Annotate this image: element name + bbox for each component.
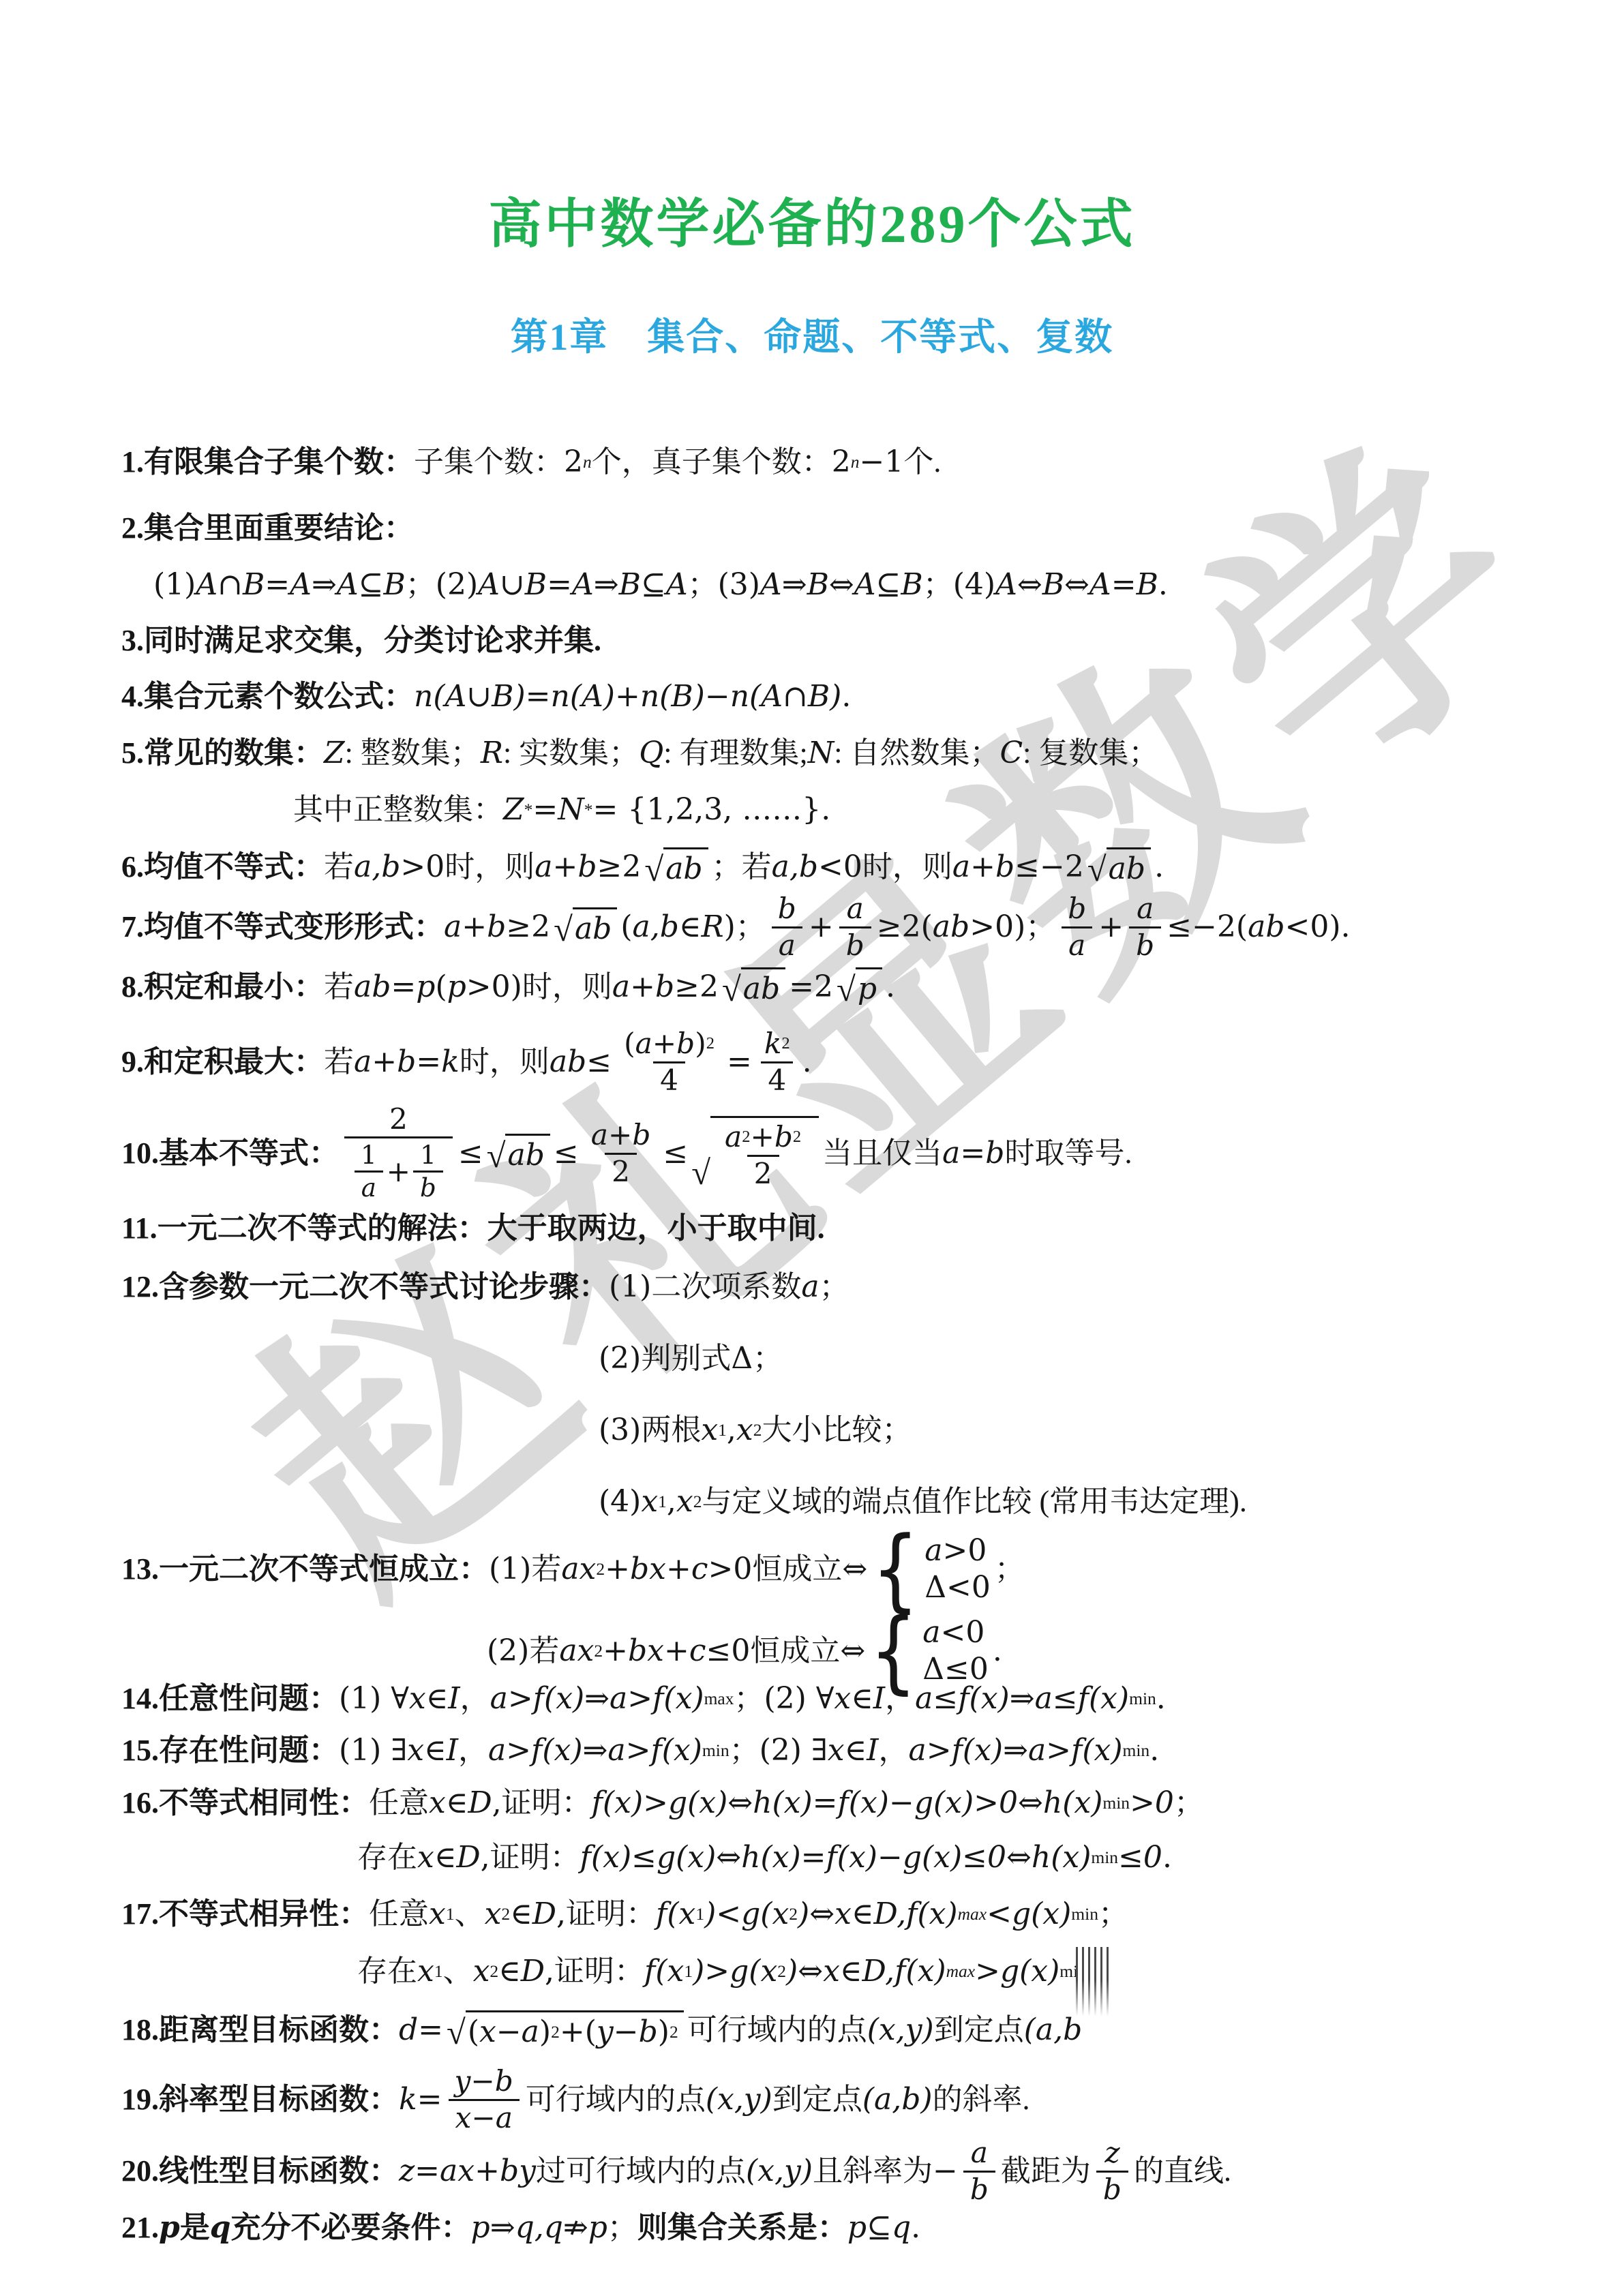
subscript: 1: [658, 1493, 667, 1511]
math-run: ⇔: [798, 1954, 823, 1990]
subscript: 2: [693, 1493, 702, 1511]
math-run: p: [159, 2210, 180, 2246]
text-run: 19.: [121, 2082, 159, 2118]
text-run: 2.: [121, 511, 144, 547]
math-run: x∈I: [407, 1733, 458, 1769]
math-run: (1): [153, 567, 196, 603]
math-run: a: [1137, 893, 1154, 924]
denominator: a: [1062, 926, 1092, 963]
radical-icon: √: [722, 972, 741, 1007]
fraction: (a+b)24: [617, 1027, 721, 1098]
numerator: k2: [757, 1027, 797, 1061]
math-run: ；: [1098, 1897, 1128, 1933]
math-run: 2: [564, 444, 583, 481]
denominator: x−a: [449, 2099, 520, 2135]
text-run: 任意性问题：: [159, 1681, 339, 1717]
radicand: ab: [573, 907, 617, 948]
text-run: 则集合关系是：: [637, 2210, 847, 2246]
cases-group: {a>0Δ<0: [871, 1535, 991, 1603]
math-run: ≤: [458, 1136, 483, 1172]
text-run: 恒成立: [752, 1552, 842, 1588]
math-run: +: [750, 1121, 774, 1153]
superscript: 2: [551, 2023, 560, 2041]
numerator: b: [1061, 892, 1093, 926]
math-run: (a,b: [1024, 2012, 1083, 2049]
text-run: 可行域内的点: [526, 2082, 706, 2118]
math-run: h(x): [1043, 1785, 1102, 1822]
text-run: 大于取两边，小于取中间.: [487, 1211, 825, 1247]
math-run: N: [558, 792, 584, 828]
math-run: b: [632, 1119, 650, 1151]
math-run: a: [444, 909, 462, 946]
math-run: =: [727, 1044, 752, 1081]
subscript: max: [946, 1963, 976, 1980]
math-run: =: [532, 792, 558, 828]
text-run: 13.: [121, 1552, 159, 1588]
text-run: 线性型目标函数：: [159, 2154, 399, 2190]
text-run: 、: [455, 1897, 485, 1933]
text-run: 不等式相异性：: [159, 1897, 369, 1933]
denominator: b: [963, 2171, 995, 2207]
math-run: y−b: [455, 2066, 513, 2097]
math-run: ab: [933, 909, 969, 946]
math-run: ab: [354, 969, 391, 1006]
fraction: k24: [757, 1027, 797, 1098]
text-run: 到定点: [934, 2012, 1024, 2049]
text-run: 可行域内的点: [687, 2012, 867, 2049]
text-run: 任意: [369, 1785, 429, 1822]
math-run: +(: [560, 2014, 597, 2051]
math-run: a: [971, 2137, 988, 2169]
math-run: ,: [492, 1785, 502, 1822]
math-run: −: [933, 2154, 958, 2190]
math-run: a,b: [354, 849, 400, 886]
text-run: : 实数集；: [503, 736, 639, 772]
text-run: 8.: [121, 969, 144, 1006]
radicand: ab: [505, 1134, 550, 1174]
math-run: )<g(x: [704, 1897, 789, 1933]
subscript: min: [1129, 1690, 1156, 1708]
text-run: 时取等号.: [1004, 1136, 1132, 1172]
math-run: .: [1162, 1840, 1172, 1876]
math-run: x∈D: [417, 1840, 481, 1876]
math-run: ,: [667, 1484, 676, 1520]
text-run: 6.: [121, 849, 144, 886]
math-run: <0).: [1285, 909, 1351, 946]
math-run: f(x)>g(x): [592, 1785, 728, 1822]
math-run: ；: [607, 2210, 637, 2246]
math-run: b: [487, 909, 506, 946]
math-run: N: [808, 736, 834, 772]
math-run: ，: [885, 1681, 915, 1717]
radicand: a2+b22: [710, 1116, 819, 1191]
math-run: a: [535, 849, 552, 886]
text-run: 存在: [357, 1840, 417, 1876]
math-run: b: [676, 1028, 695, 1059]
subscript: min: [1102, 1794, 1130, 1812]
item-9: 9. 和定积最大：若 a+b=k 时，则 ab≤(a+b)24=k24.: [121, 1025, 812, 1100]
text-run: 的斜率.: [933, 2082, 1030, 2118]
math-run: x∈D,f(x): [823, 1954, 946, 1990]
subscript: min: [702, 1742, 730, 1759]
math-run: +: [387, 1156, 410, 1188]
math-run: b: [775, 1121, 793, 1153]
math-run: >0)；: [969, 909, 1055, 946]
math-run: y−b: [597, 2014, 658, 2051]
text-run: 均值不等式：: [144, 849, 324, 886]
square-root: √ab: [722, 967, 785, 1008]
math-run: a: [924, 1533, 942, 1568]
math-run: ⇒: [1003, 1733, 1028, 1769]
math-run: a>f(x): [610, 1681, 704, 1717]
math-run: ,: [545, 1954, 554, 1990]
math-run: x: [417, 1954, 434, 1990]
numerator: a: [1130, 892, 1160, 926]
math-run: ⇔: [1006, 1840, 1032, 1876]
math-run: +: [970, 849, 995, 886]
math-run: ；: [1174, 1785, 1204, 1822]
scan-artifact: [1076, 1947, 1113, 2019]
denominator: b: [1129, 926, 1161, 963]
math-run: +: [605, 1552, 630, 1588]
math-run: x∈I: [409, 1681, 460, 1717]
item-21: 21. p 是 q 充分不必要条件：p⇒q,q⇏p；则集合关系是：p⊆q.: [121, 2190, 920, 2265]
text-run: 、: [443, 1954, 473, 1990]
subscript: max: [704, 1690, 734, 1708]
text-run: 子集个数：: [414, 444, 564, 481]
math-run: x∈I: [834, 1681, 885, 1717]
math-run: a,b: [633, 909, 679, 946]
math-run: >0: [1130, 1785, 1174, 1822]
math-run: c: [691, 1552, 708, 1588]
subscript: max: [958, 1905, 987, 1923]
math-run: a>f(x): [1028, 1733, 1123, 1769]
math-run: >0): [466, 969, 522, 1006]
math-run: b: [1136, 930, 1154, 961]
numerator: 2: [382, 1102, 415, 1136]
numerator: b: [771, 892, 803, 926]
denominator: 4: [761, 1061, 793, 1098]
text-run: 9.: [121, 1044, 144, 1081]
math-run: Z: [324, 736, 345, 772]
text-run: 5.: [121, 736, 144, 772]
math-run: >0: [708, 1552, 753, 1588]
math-run: p⊆q: [847, 2210, 911, 2246]
math-run: ；: [819, 1269, 849, 1305]
math-run: x−a: [455, 2102, 513, 2134]
numerator: 1: [354, 1140, 384, 1170]
math-run: ): [798, 1897, 809, 1933]
text-run: 集合里面重要结论：: [144, 511, 414, 547]
math-run: b: [985, 1136, 1004, 1172]
math-run: (2): [599, 1341, 641, 1377]
square-root: √ab: [487, 1134, 550, 1174]
text-run: 且斜率为: [813, 2154, 933, 2190]
math-run: .: [1149, 1733, 1159, 1769]
math-run: x∈D: [429, 1785, 492, 1822]
math-run: a: [1068, 930, 1085, 961]
text-run: 距离型目标函数：: [159, 2012, 399, 2049]
text-run: 的直线.: [1134, 2154, 1231, 2190]
math-run: k: [399, 2082, 417, 2118]
subscript: 1: [434, 1963, 443, 1980]
subscript: min: [1122, 1742, 1149, 1759]
fraction: zb: [1096, 2136, 1128, 2207]
text-run: 积定和最小：: [144, 969, 324, 1006]
math-run: ∈: [679, 909, 702, 946]
subscript: 1: [684, 1963, 693, 1980]
text-run: 1.: [121, 444, 144, 481]
fraction: y−bx−a: [448, 2064, 520, 2135]
math-run: >g(x): [975, 1954, 1059, 1990]
math-run: (1) ∀: [339, 1681, 409, 1717]
text-run: 一元二次不等式恒成立：: [159, 1552, 489, 1588]
square-root: √ab: [554, 907, 617, 948]
radicand: p: [856, 967, 882, 1008]
item-10: 10. 基本不等式：21a+1b≤√ab≤a+b2≤√a2+b22 当且仅当 a…: [121, 1116, 1132, 1191]
subscript: min: [1091, 1849, 1118, 1867]
numerator: (a+b)2: [617, 1027, 721, 1061]
text-run: 18.: [121, 2012, 159, 2049]
superscript: n: [583, 453, 592, 471]
math-run: b: [778, 893, 796, 924]
math-run: A∩B=A⇒A⊆B: [196, 567, 405, 603]
text-run: 16.: [121, 1785, 159, 1822]
text-run: 若: [531, 1552, 561, 1588]
math-run: (: [468, 2014, 479, 2051]
fraction: a2+b22: [718, 1120, 808, 1191]
text-run: 15.: [121, 1733, 159, 1769]
text-run: 20.: [121, 2154, 159, 2190]
text-run: 存在性问题：: [159, 1733, 339, 1769]
text-run: 12.: [121, 1269, 159, 1305]
math-run: b: [1103, 2174, 1122, 2205]
math-run: 1: [361, 1141, 377, 1169]
text-run: 到定点: [772, 2082, 862, 2118]
math-run: x: [736, 1413, 753, 1449]
math-run: ≥2(: [877, 909, 933, 946]
math-run: (x,y): [746, 2154, 813, 2190]
text-run: 过可行域内的点: [536, 2154, 746, 2190]
math-run: A⇒B⇔A⊆B: [760, 567, 923, 603]
superscript: 2: [706, 1036, 715, 1053]
math-run: ab: [507, 1138, 544, 1174]
square-root: √p: [837, 967, 882, 1008]
math-run: 2: [832, 444, 851, 481]
radical-icon: √: [554, 912, 573, 947]
math-run: (a,b): [862, 2082, 933, 2118]
text-run: 一元二次不等式的解法：: [157, 1211, 487, 1247]
math-run: a,b: [772, 849, 818, 886]
math-run: ∈D: [510, 1897, 556, 1933]
math-run: ≤−2: [1014, 849, 1084, 886]
case-row: Δ<0: [924, 1572, 991, 1603]
math-run: 2: [612, 1156, 630, 1188]
math-run: .: [911, 2210, 920, 2246]
text-run: 大小比较；: [762, 1413, 912, 1449]
math-run: x: [429, 1897, 446, 1933]
math-run: ；(2) ∃: [730, 1733, 828, 1769]
math-run: a: [952, 849, 970, 886]
math-run: ,: [556, 1897, 566, 1933]
page: 赵礼显数学 高中数学必备的289个公式 第1章 集合、命题、不等式、复数 1. …: [0, 0, 1624, 2296]
math-run: a: [635, 1028, 652, 1059]
math-run: a>f(x): [490, 1681, 585, 1717]
math-run: a>f(x): [488, 1733, 583, 1769]
text-run: 判别式: [641, 1341, 731, 1377]
math-run: a>f(x): [607, 1733, 702, 1769]
math-run: x∈I: [828, 1733, 879, 1769]
subscript: 2: [789, 1905, 798, 1923]
text-run: 两根: [641, 1413, 701, 1449]
radicand: ab: [663, 847, 708, 888]
numerator: 1: [413, 1140, 443, 1170]
math-run: a: [801, 1269, 819, 1305]
fraction: ba: [1061, 892, 1093, 963]
math-run: ⇔: [716, 1840, 741, 1876]
math-run: h(x): [1032, 1840, 1091, 1876]
math-run: z: [1104, 2137, 1119, 2169]
math-run: x: [485, 1897, 502, 1933]
numerator: a2+b2: [718, 1120, 808, 1154]
text-run: 个.: [903, 444, 941, 481]
text-run: : 有理数集;: [663, 736, 807, 772]
superscript: n: [851, 453, 860, 471]
math-run: ；(2): [406, 567, 478, 603]
subscript: 2: [490, 1963, 498, 1980]
math-run: ≤: [663, 1136, 688, 1172]
math-run: ⇒: [1010, 1681, 1035, 1717]
text-run: 其中正整数集：: [293, 792, 503, 828]
text-run: 常见的数集：: [144, 736, 324, 772]
math-run: +: [1098, 909, 1124, 946]
superscript: 2: [594, 1642, 603, 1660]
math-run: (x,y): [867, 2012, 934, 2049]
numerator: a: [840, 892, 871, 926]
math-run: Δ；: [731, 1341, 783, 1377]
math-run: +: [652, 1028, 676, 1059]
math-run: (: [620, 909, 632, 946]
math-run: 1: [420, 1141, 436, 1169]
math-run: ，: [458, 1733, 488, 1769]
math-run: 4: [660, 1065, 678, 1096]
math-run: =: [417, 2082, 442, 2118]
math-run: ；: [995, 1552, 1025, 1588]
math-run: (1): [489, 1552, 531, 1588]
math-run: f(x: [656, 1897, 695, 1933]
math-run: ；(4): [923, 567, 995, 603]
math-run: ≤0: [1118, 1840, 1162, 1876]
text-run: ；若: [712, 849, 772, 886]
math-run: ): [539, 2014, 551, 2051]
math-run: h(x)=f(x)−g(x)>0: [753, 1785, 1018, 1822]
text-run: 基本不等式：: [159, 1136, 339, 1172]
text-run: 14.: [121, 1681, 159, 1717]
math-run: ,: [481, 1840, 490, 1876]
math-run: ⇒: [582, 1733, 607, 1769]
math-run: x∈D,f(x): [834, 1897, 958, 1933]
math-run: z=ax+by: [399, 2154, 536, 2190]
math-run: ): [786, 1954, 798, 1990]
superscript: 2: [781, 1036, 790, 1053]
math-run: n(A∪B)=n(A)+n(B)−n(A∩B): [414, 679, 841, 715]
math-run: b: [970, 2174, 989, 2205]
math-run: 2: [389, 1104, 408, 1135]
text-run: 4.: [121, 679, 144, 715]
item-19: 19. 斜率型目标函数：k=y−bx−a 可行域内的点 (x,y) 到定点 (a…: [121, 2062, 1030, 2137]
math-run: ∈D: [498, 1954, 545, 1990]
math-run: ≤: [554, 1136, 579, 1172]
math-run: bx: [630, 1552, 666, 1588]
math-run: p: [858, 971, 877, 1008]
math-run: f(x)≤g(x): [580, 1840, 717, 1876]
math-run: C: [999, 736, 1023, 772]
math-run: R: [481, 736, 503, 772]
math-run: k: [764, 1028, 782, 1059]
item-12-step-3: (3) 两根 x1,x2 大小比较；: [599, 1393, 912, 1468]
denominator: 2: [605, 1153, 637, 1189]
text-run: 时，则: [460, 1044, 550, 1081]
math-run: a: [922, 1615, 940, 1650]
case-rows: a>0Δ<0: [924, 1535, 991, 1603]
numerator: z: [1098, 2136, 1126, 2170]
square-root: √ab: [1087, 847, 1151, 888]
math-run: f(x: [644, 1954, 684, 1990]
math-run: (x,y): [706, 2082, 772, 2118]
math-run: Q: [639, 736, 663, 772]
text-run: 任意: [369, 1897, 429, 1933]
text-run: 若: [324, 849, 354, 886]
text-run: 3.: [121, 623, 144, 659]
math-run: +: [608, 1119, 632, 1151]
math-run: x: [473, 1954, 490, 1990]
text-run: 和定积最大：: [144, 1044, 324, 1081]
subscript: 2: [753, 1421, 762, 1439]
item-12: 12. 含参数一元二次不等式讨论步骤：(1) 二次项系数 a；: [121, 1250, 849, 1325]
text-run: : 整数集；: [345, 736, 481, 772]
superscript: 2: [670, 2023, 678, 2041]
math-run: a: [354, 1044, 372, 1081]
text-run: 证明：: [566, 1897, 656, 1933]
math-run: a≤f(x): [915, 1681, 1010, 1717]
case-row: a>0: [924, 1535, 987, 1567]
math-run: a: [591, 1119, 608, 1151]
text-run: 时，则: [445, 849, 535, 886]
math-run: (4): [599, 1484, 641, 1520]
text-run: 个，真子集个数：: [592, 444, 832, 481]
math-run: ≤−2(: [1167, 909, 1248, 946]
math-run: ⇔: [809, 1897, 834, 1933]
math-run: a≤f(x): [1035, 1681, 1130, 1717]
math-run: =2: [789, 969, 833, 1006]
radical-icon: √: [447, 2015, 466, 2050]
math-run: ab: [665, 851, 702, 888]
math-run: (: [624, 1028, 635, 1059]
math-run: x: [676, 1484, 693, 1520]
math-run: Δ<0: [924, 1570, 991, 1605]
text-run: 有限集合子集个数：: [144, 444, 414, 481]
radicand: (x−a)2+(y−b)2: [466, 2010, 684, 2051]
radical-icon: √: [644, 852, 663, 887]
text-run: 不等式相同性：: [159, 1785, 369, 1822]
subscript: min: [1071, 1905, 1098, 1923]
math-run: Z: [503, 792, 524, 828]
text-run: 17.: [121, 1897, 159, 1933]
math-run: ): [658, 2014, 670, 2051]
math-run: b: [1068, 893, 1086, 924]
math-run: a: [942, 1136, 960, 1172]
brace-icon: {: [871, 1529, 919, 1610]
